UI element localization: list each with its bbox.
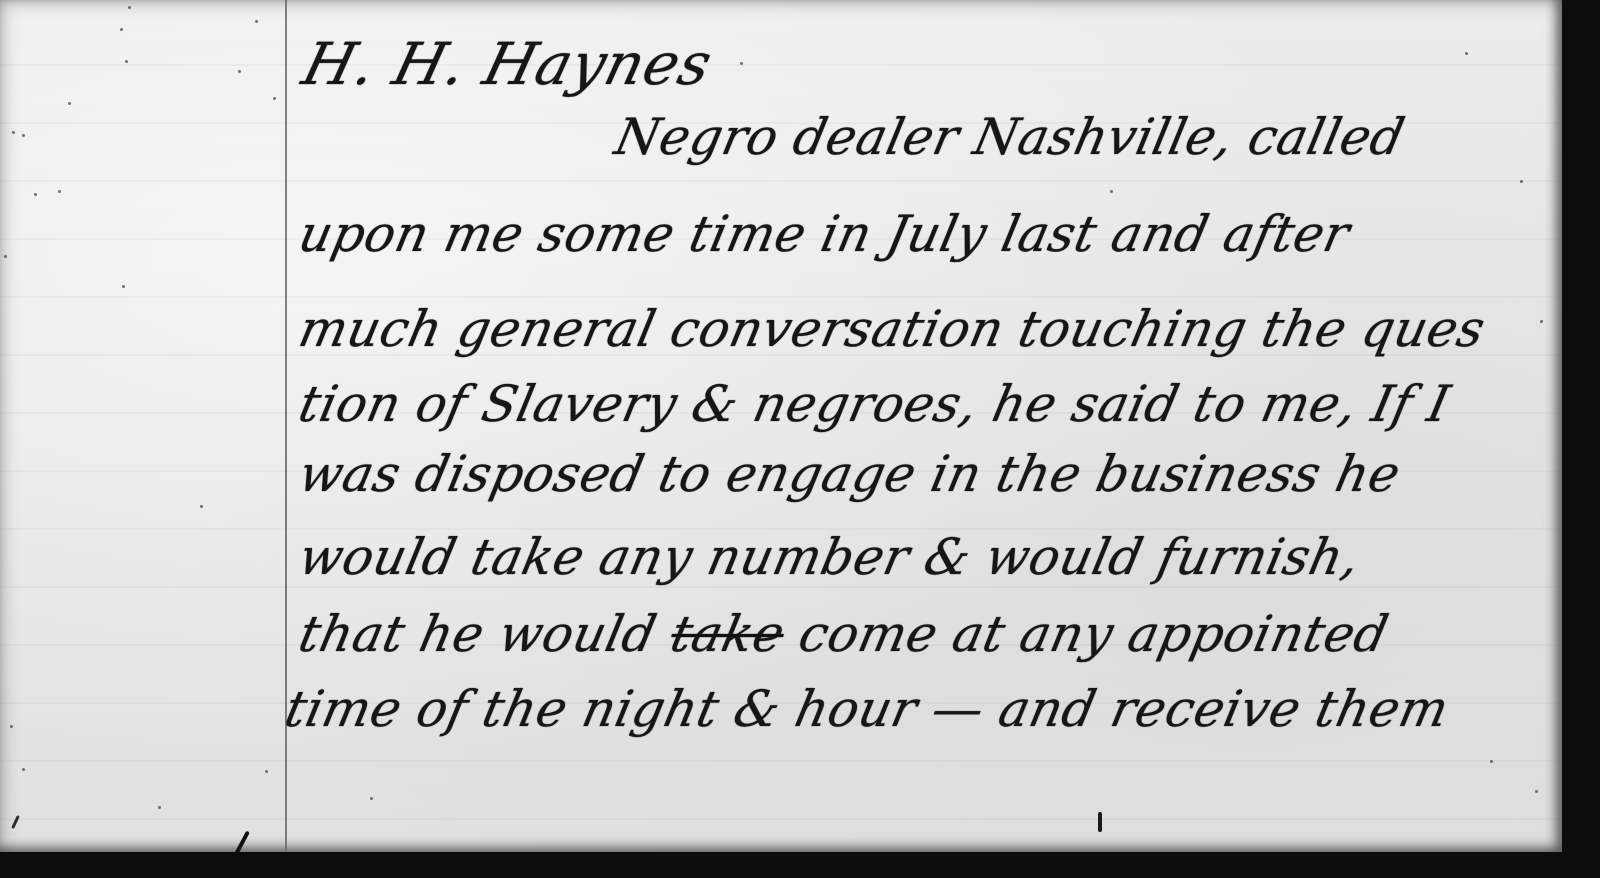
paper-speck (128, 6, 131, 9)
paper-speck (740, 62, 743, 65)
paper-speck (1490, 760, 1493, 763)
manuscript-line: that he would take come at any appointed (294, 605, 1394, 663)
paper-speck (58, 190, 61, 193)
paper-speck (1520, 180, 1523, 183)
paper-speck (122, 285, 125, 288)
manuscript-line: would take any number & would furnish, (294, 528, 1365, 586)
manuscript-line: tion of Slavery & negroes, he said to me… (294, 375, 1455, 433)
left-margin-column (0, 0, 285, 852)
paper-speck (125, 60, 128, 63)
paper-speck (1465, 52, 1468, 55)
paper-speck (11, 815, 20, 829)
paper-speck (265, 770, 268, 773)
paper-speck (22, 768, 25, 771)
paper-speck (12, 131, 15, 134)
ink-mark (1098, 812, 1102, 832)
paper-speck (22, 134, 25, 137)
manuscript-line: upon me some time in July last and after (294, 205, 1355, 263)
paper-speck (1410, 706, 1413, 709)
paper-speck (370, 797, 373, 800)
paper-speck (68, 102, 71, 105)
paper-speck (120, 28, 123, 31)
paper-speck (200, 505, 203, 508)
paper-speck (34, 193, 37, 196)
manuscript-line: much general conversation touching the q… (294, 300, 1490, 358)
paper-speck (158, 806, 161, 809)
paper-speck (1535, 790, 1538, 793)
paper-speck (238, 70, 241, 73)
scanned-page: H. H. Haynes Negro dealer Nashville, cal… (0, 0, 1562, 852)
paper-speck (1540, 320, 1543, 323)
paper-speck (273, 97, 276, 100)
line-text: that he would (294, 605, 678, 663)
manuscript-body: H. H. Haynes Negro dealer Nashville, cal… (290, 0, 1560, 852)
paper-speck (10, 725, 13, 728)
struck-out-word: take (666, 605, 790, 663)
paper-speck (4, 255, 7, 258)
entry-heading: H. H. Haynes (296, 30, 719, 98)
manuscript-line: time of the night & hour — and receive t… (280, 680, 1454, 738)
manuscript-line: Negro dealer Nashville, called (610, 108, 1410, 166)
line-text: come at any appointed (778, 605, 1394, 663)
manuscript-line: was disposed to engage in the business h… (294, 445, 1406, 503)
paper-speck (255, 20, 258, 23)
paper-speck (1110, 190, 1113, 193)
